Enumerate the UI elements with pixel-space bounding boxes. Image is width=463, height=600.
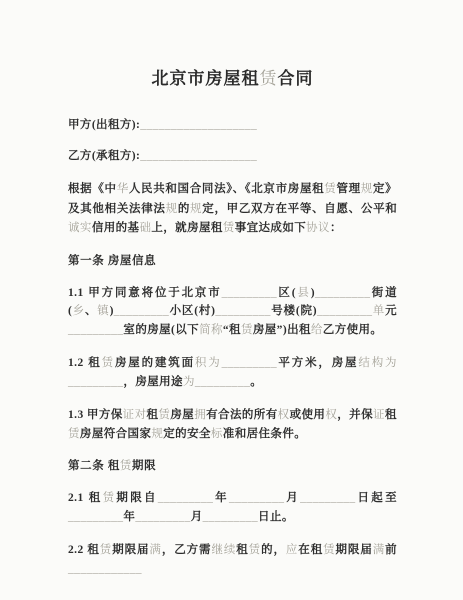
party-a-line: 甲方(出租方):___________________: [68, 118, 397, 132]
section-2-heading: 第二条 租赁期限: [68, 458, 397, 474]
preamble-paragraph: 根据《中华人民共和国合同法》、《北京市房屋租赁管理规定》及其他相关法律法规的规定…: [68, 180, 397, 239]
party-b-line: 乙方(承租方):___________________: [68, 149, 397, 163]
clause-1-1: 1.1 甲方同意将位于北京市_________区(县)_________街道(乡…: [68, 284, 397, 340]
section-1-heading: 第一条 房屋信息: [68, 253, 397, 269]
clause-2-1: 2.1 租赁期限自_________年_________月_________日起…: [68, 489, 397, 526]
section-housing-info: 第一条 房屋信息 1.1 甲方同意将位于北京市_________区(县)____…: [68, 253, 397, 444]
clause-1-3: 1.3 甲方保证对租赁房屋拥有合法的所有权或使用权，并保证租赁房屋符合国家规定的…: [68, 406, 397, 443]
clause-2-2: 2.2 租赁期限届满，乙方需继续租赁的，应在租赁期限届满前___________…: [68, 541, 397, 578]
contract-document: 北京市房屋租赁合同 甲方(出租方):___________________ 乙方…: [0, 0, 463, 600]
section-lease-term: 第二条 租赁期限 2.1 租赁期限自_________年_________月__…: [68, 458, 397, 578]
clause-1-2: 1.2 租赁房屋的建筑面积为_________平方米，房屋结构为________…: [68, 354, 397, 391]
document-title: 北京市房屋租赁合同: [68, 67, 397, 91]
